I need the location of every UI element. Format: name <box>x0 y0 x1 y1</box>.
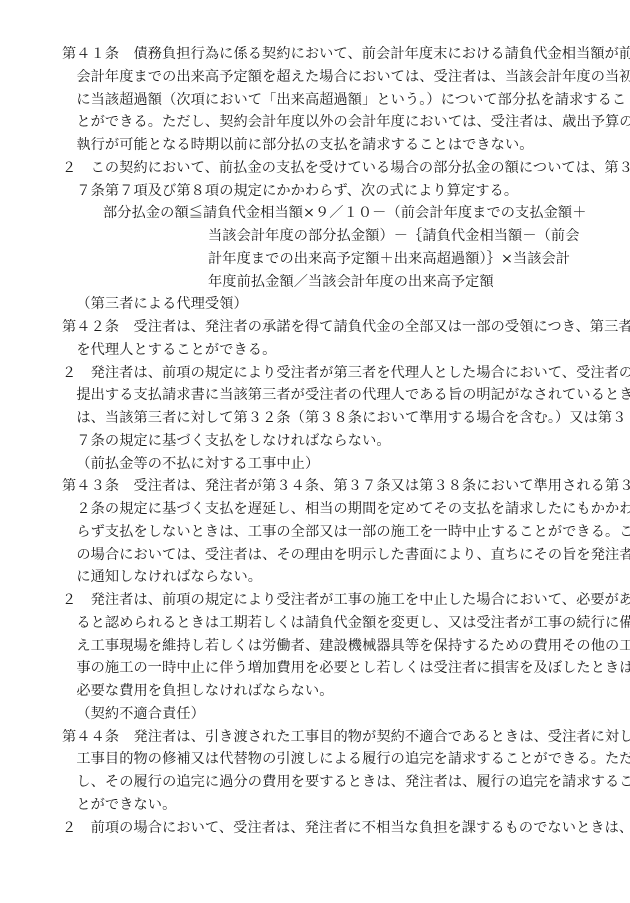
article-42-paragraph-2: ２ 発注者は、前項の規定により受注者が第三者を代理人とした場合において、受注者の <box>62 362 602 385</box>
article-44-line: 工事目的物の修補又は代替物の引渡しによる履行の追完を請求することができる。ただ <box>62 748 602 771</box>
article-43: （前払金等の不払に対する工事中止） 第４３条 受注者は、発注者が第３４条、第３７… <box>62 453 602 703</box>
article-42-line: は、当該第三者に対して第３２条（第３８条において準用する場合を含む。）又は第３ <box>62 407 602 430</box>
article-43-line: 必要な費用を負担しなければならない。 <box>62 680 602 703</box>
article-43-line: に通知しなければならない。 <box>62 566 602 589</box>
article-42-line: ７条の規定に基づく支払をしなければならない。 <box>62 430 602 453</box>
article-42-line: 第４２条 受注者は、発注者の承諾を得て請負代金の全部又は一部の受領につき、第三者 <box>62 316 602 339</box>
article-44: （契約不適合責任） 第４４条 発注者は、引き渡された工事目的物が契約不適合である… <box>62 703 602 840</box>
article-41-line: とができる。ただし、契約会計年度以外の会計年度においては、受注者は、歳出予算の <box>62 111 602 134</box>
article-43-line: ２条の規定に基づく支払を遅延し、相当の期間を定めてその支払を請求したにもかかわ <box>62 498 602 521</box>
article-44-line: とができない。 <box>62 794 602 817</box>
formula-line: 計年度までの出来高予定額＋出来高超過額）｝×当該会計 <box>62 248 602 271</box>
article-42-line: 提出する支払請求書に当該第三者が受注者の代理人である旨の明記がなされているとき <box>62 384 602 407</box>
article-41-line: に当該超過額（次項において「出来高超過額」という。）について部分払を請求するこ <box>62 89 602 112</box>
article-41-line: 執行が可能となる時期以前に部分払の支払を請求することはできない。 <box>62 134 602 157</box>
formula-line: 当該会計年度の部分払金額）－｛請負代金相当額－（前会 <box>62 225 602 248</box>
article-43-line: らず支払をしないときは、工事の全部又は一部の施工を一時中止することができる。こ <box>62 521 602 544</box>
article-42: （第三者による代理受領） 第４２条 受注者は、発注者の承諾を得て請負代金の全部又… <box>62 293 602 452</box>
article-43-line: の場合においては、受注者は、その理由を明示した書面により、直ちにその旨を発注者 <box>62 544 602 567</box>
formula-line: 部分払金の額≦請負代金相当額×９／１０－（前会計年度までの支払金額＋ <box>62 202 602 225</box>
article-41: 第４１条 債務負担行為に係る契約において、前会計年度末における請負代金相当額が前… <box>62 43 602 293</box>
article-42-line: を代理人とすることができる。 <box>62 339 602 362</box>
formula-line: 年度前払金額／当該会計年度の出来高予定額 <box>62 271 602 294</box>
article-41-line: ７条第７項及び第８項の規定にかかわらず、次の式により算定する。 <box>62 180 602 203</box>
article-41-line: 第４１条 債務負担行為に係る契約において、前会計年度末における請負代金相当額が前 <box>62 43 602 66</box>
article-42-heading: （第三者による代理受領） <box>62 293 602 316</box>
article-43-heading: （前払金等の不払に対する工事中止） <box>62 453 602 476</box>
article-41-line: 会計年度までの出来高予定額を超えた場合においては、受注者は、当該会計年度の当初 <box>62 66 602 89</box>
article-43-line: ると認められるときは工期若しくは請負代金額を変更し、又は受注者が工事の続行に備 <box>62 612 602 635</box>
article-43-line: 事の施工の一時中止に伴う増加費用を必要とし若しくは受注者に損害を及ぼしたときは <box>62 657 602 680</box>
article-44-line: 第４４条 発注者は、引き渡された工事目的物が契約不適合であるときは、受注者に対し… <box>62 726 602 749</box>
article-44-heading: （契約不適合責任） <box>62 703 602 726</box>
article-43-line: え工事現場を維持し若しくは労働者、建設機械器具等を保持するための費用その他の工 <box>62 635 602 658</box>
article-44-paragraph-2: ２ 前項の場合において、受注者は、発注者に不相当な負担を課するものでないときは、 <box>62 817 602 840</box>
article-41-paragraph-2: ２ この契約において、前払金の支払を受けている場合の部分払金の額については、第３ <box>62 157 602 180</box>
article-43-line: 第４３条 受注者は、発注者が第３４条、第３７条又は第３８条において準用される第３ <box>62 475 602 498</box>
article-44-line: し、その履行の追完に過分の費用を要するときは、発注者は、履行の追完を請求するこ <box>62 771 602 794</box>
document-page: 第４１条 債務負担行為に係る契約において、前会計年度末における請負代金相当額が前… <box>62 43 602 839</box>
article-43-paragraph-2: ２ 発注者は、前項の規定により受注者が工事の施工を中止した場合において、必要があ <box>62 589 602 612</box>
